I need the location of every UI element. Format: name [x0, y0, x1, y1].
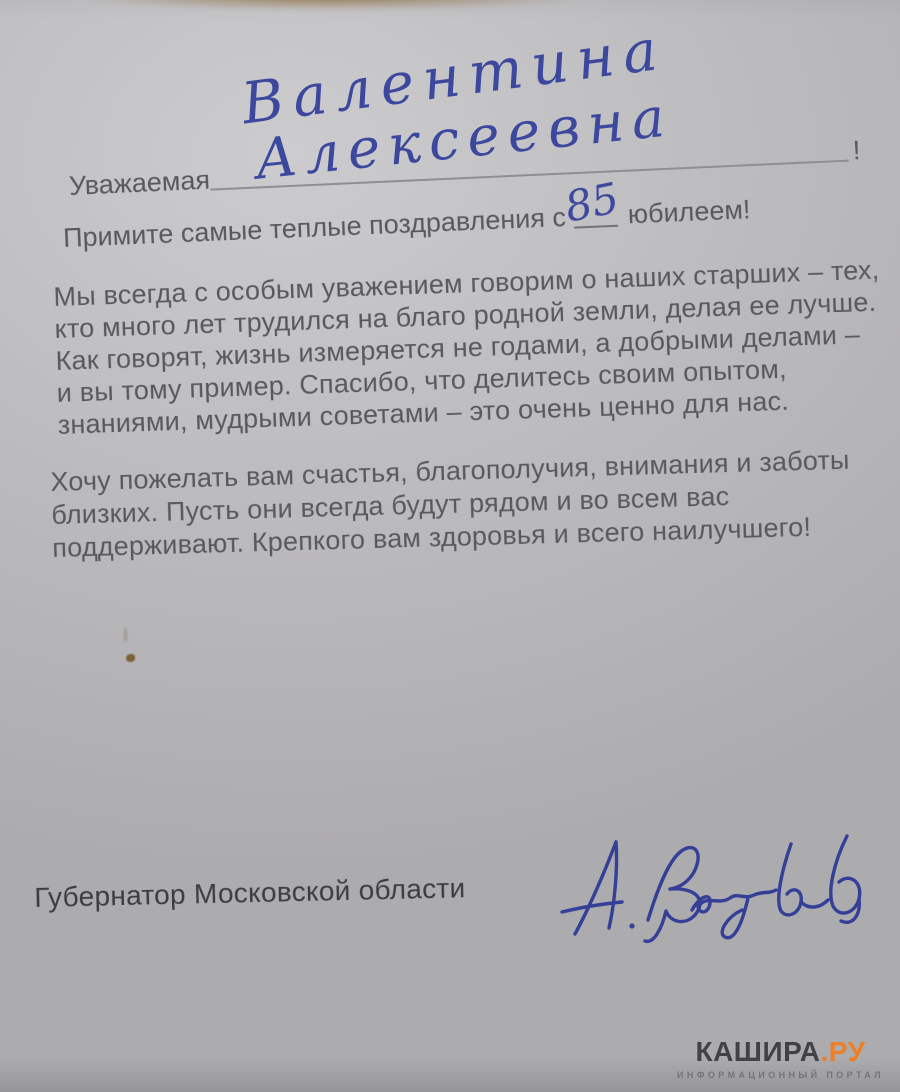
greeting-text-after: юбилеем! [627, 189, 751, 234]
paper-speck [126, 654, 135, 662]
watermark-brand: КАШИРА.РУ [677, 1038, 884, 1066]
watermark-brand-suffix: .РУ [821, 1036, 866, 1067]
greeting-text-before: Примите самые теплые поздравления с [62, 197, 566, 258]
paragraph-1: Мы всегда с особым уважением говорим о н… [53, 254, 884, 441]
age-blank-line: 85 [574, 225, 618, 229]
paper-smudge [124, 628, 127, 642]
governor-signature-icon [542, 822, 872, 962]
letter-photo: Валентина Алексеевна Уважаемая ! Примите… [0, 0, 900, 1092]
salutation-exclamation: ! [852, 130, 861, 170]
handwritten-age: 85 [561, 173, 623, 232]
watermark: КАШИРА.РУ ИНФОРМАЦИОННЫЙ ПОРТАЛ [677, 1038, 884, 1080]
watermark-brand-main: КАШИРА [696, 1036, 821, 1067]
watermark-tagline: ИНФОРМАЦИОННЫЙ ПОРТАЛ [677, 1070, 884, 1080]
paper-top-edge [88, 0, 574, 10]
salutation-label: Уважаемая [68, 160, 211, 206]
name-blank-line [210, 160, 849, 191]
paragraph-2: Хочу пожелать вам счастья, благополучия,… [50, 444, 852, 565]
signoff-title: Губернатор Московской области [34, 872, 466, 914]
